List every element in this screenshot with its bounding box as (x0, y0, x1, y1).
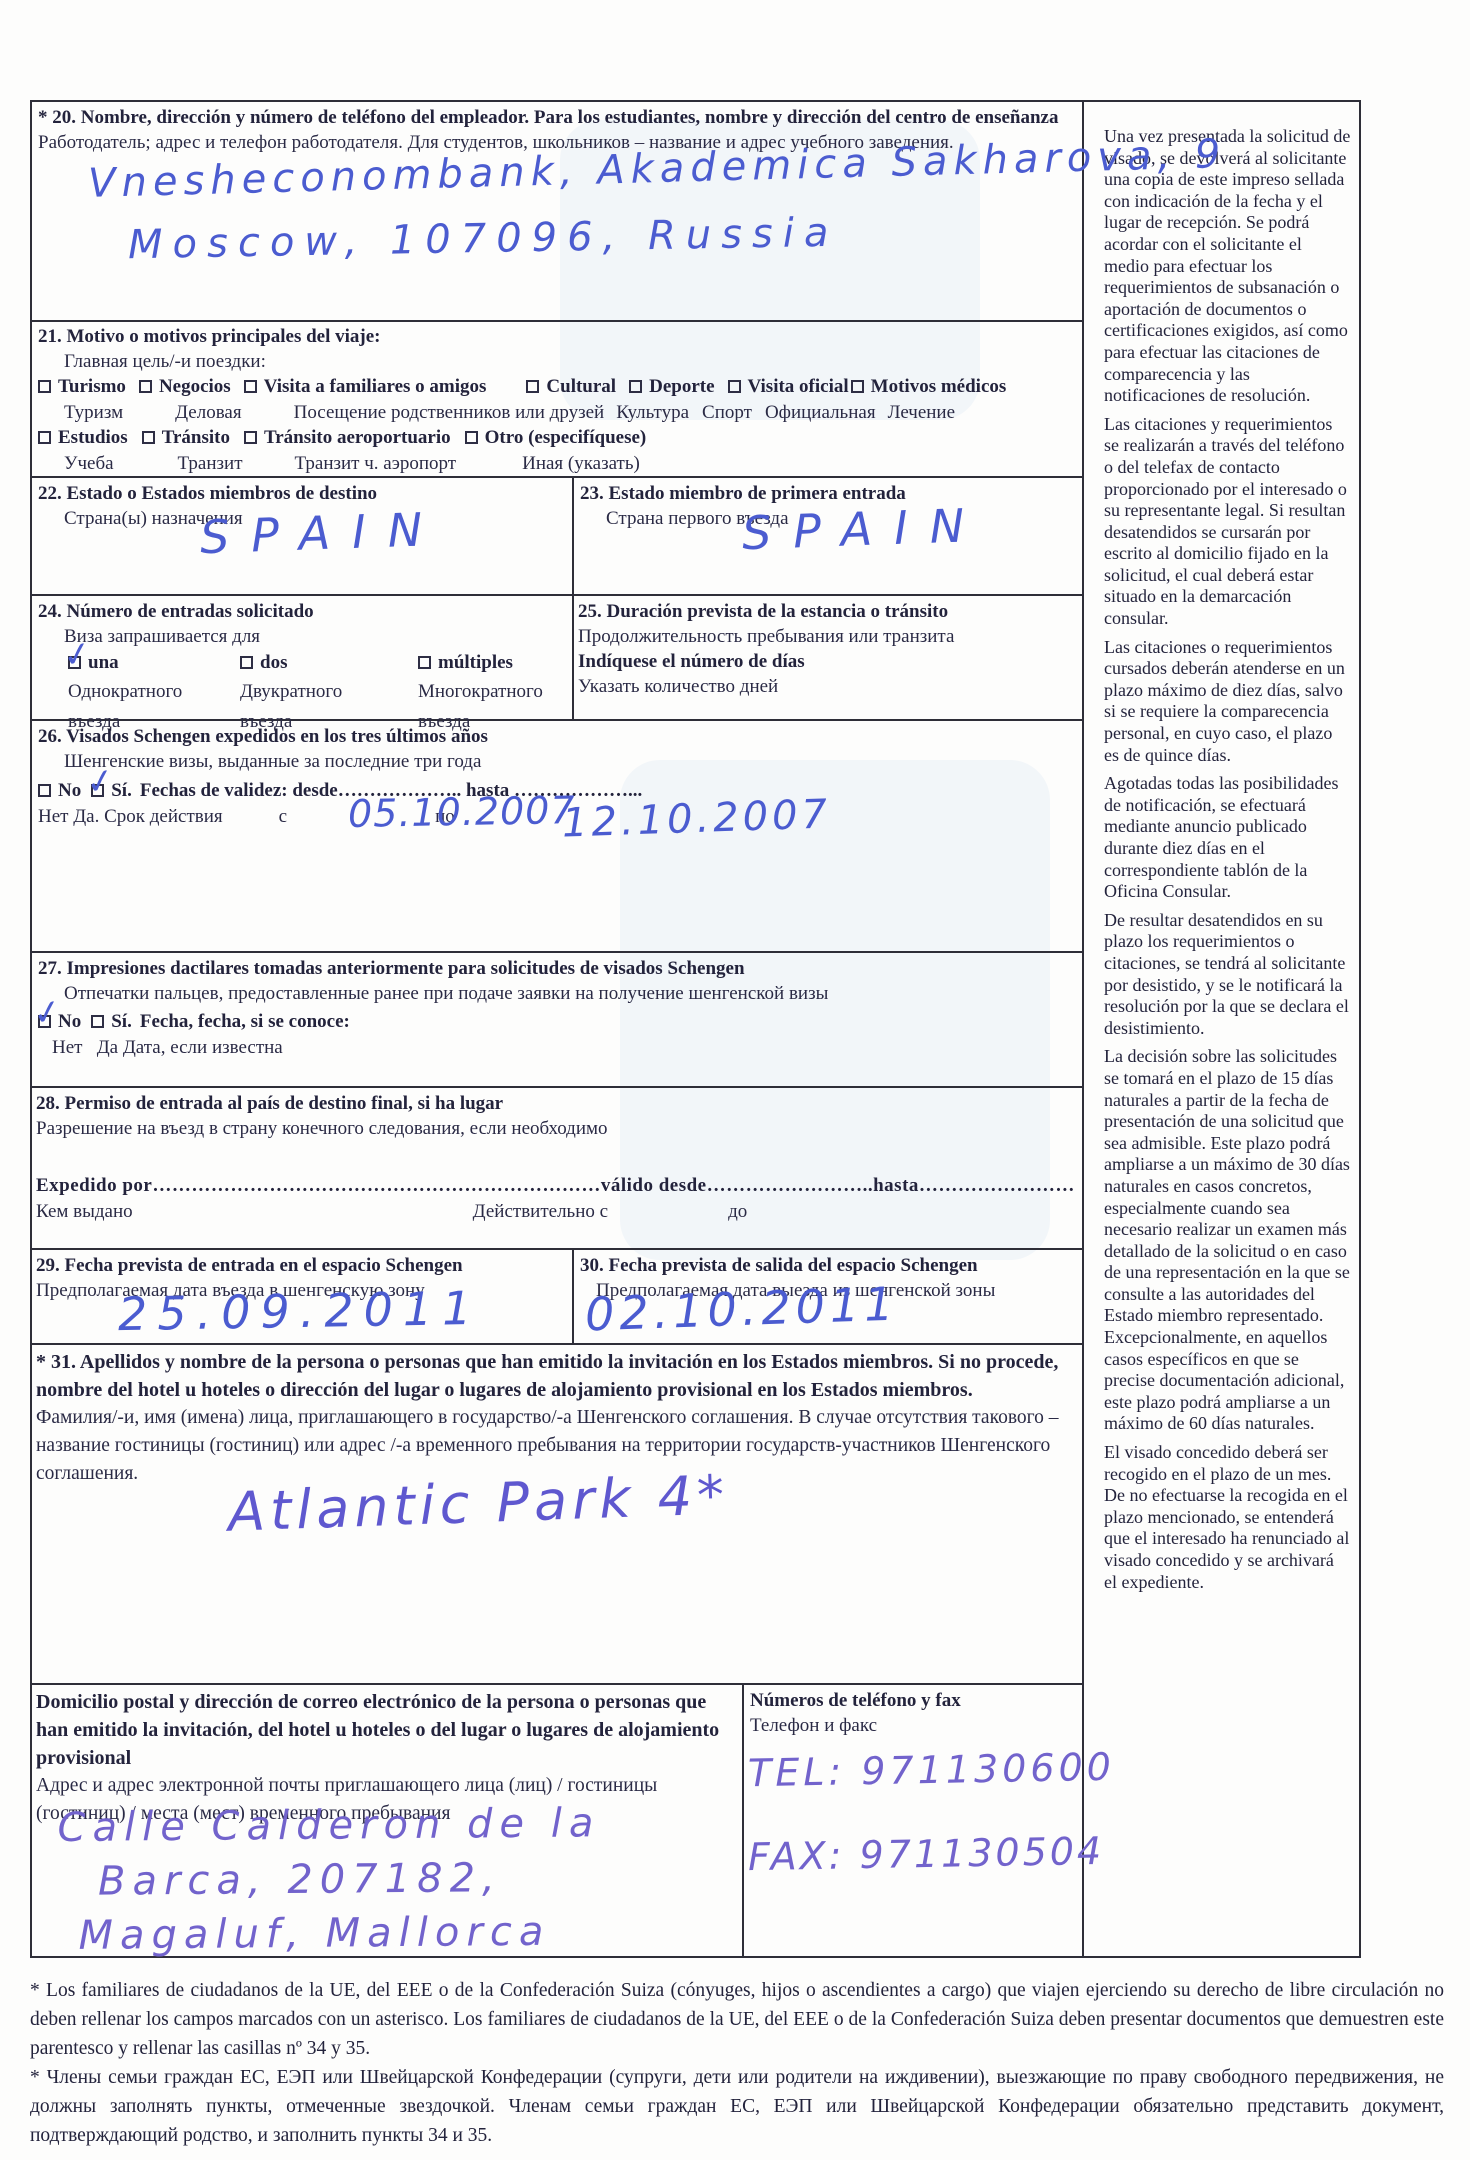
section-25-label2-es: Indíquese el número de días (578, 649, 1074, 674)
section-21-title-es: 21. Motivo o motivos principales del via… (38, 324, 1074, 349)
checkbox-icon (728, 380, 741, 393)
section-24-entries-requested: 24. Número de entradas solicitado Виза з… (32, 596, 572, 719)
option-label: Turismo (58, 376, 126, 397)
section-20-label-es: * 20. Nombre, dirección y número de telé… (38, 105, 1074, 130)
checkbox-checked-icon (68, 656, 81, 669)
checkbox-icon (244, 431, 257, 444)
checkbox-checked-icon (91, 784, 104, 797)
form-table: * 20. Nombre, dirección y número de telé… (30, 100, 1361, 1958)
option-label: Otro (especifíquese) (485, 427, 647, 448)
issued-by-line[interactable]: Expedido por……………………………………………………………válid… (36, 1173, 1074, 1199)
handwritten-first-entry[interactable]: SPAIN (741, 498, 987, 560)
option-label: Negocios (159, 376, 231, 397)
checkbox-motivos-medicos[interactable]: Motivos médicos (851, 374, 1007, 400)
option-label: Tránsito (162, 427, 230, 448)
checkbox-estudios[interactable]: Estudios (38, 425, 128, 451)
checkbox-deporte[interactable]: Deporte (629, 374, 714, 400)
ru-label: Посещение родственников или друзей (294, 400, 605, 425)
ru-label: Транзит (178, 451, 243, 476)
section-phone-fax[interactable]: Números de teléfono y fax Телефон и факс (742, 1685, 1082, 1956)
postal-address-label-es: Domicilio postal y dirección de correo e… (36, 1688, 726, 1772)
purpose-options-row1-ru: Туризм Деловая Посещение родственников и… (38, 400, 1074, 425)
handwritten-postal-address[interactable]: Calle Calderon de laBarca, 207182,Magalu… (57, 1795, 748, 1963)
handwritten-visa-date-to[interactable]: 12.10.2007 (561, 791, 831, 846)
ru-label: Деловая (175, 400, 242, 425)
ru-label: Транзит ч. аэропорт (295, 451, 457, 476)
section-25-label2-ru: Указать количество дней (578, 674, 1074, 699)
option-label: No (58, 780, 81, 801)
checkbox-icon (139, 380, 152, 393)
checkbox-no-visas[interactable]: No (38, 778, 81, 804)
ru-label-from: с (279, 804, 287, 829)
section-27-ru-line: Нет Да Дата, если известна (52, 1035, 1074, 1060)
section-27-label-ru: Отпечатки пальцев, предоставленные ранее… (64, 981, 1074, 1006)
option-label: Visita oficial (748, 376, 849, 397)
section-30-label-es: 30. Fecha prevista de salida del espacio… (580, 1253, 1074, 1278)
checkbox-cultural[interactable]: Cultural (526, 374, 616, 400)
sidebar-paragraph-3: Las citaciones o requerimientos cursados… (1104, 637, 1351, 767)
form-sidebar-notes: Una vez presentada la solicitud de visad… (1082, 102, 1359, 1956)
address-line: Magaluf, Mallorca (78, 1909, 550, 1959)
handwritten-telephone[interactable]: TEL: 971130600 (748, 1745, 1116, 1795)
checkbox-icon (38, 431, 51, 444)
checkbox-icon (91, 1015, 104, 1028)
visa-application-form-page: * 20. Nombre, dirección y número de telé… (0, 0, 1470, 2160)
option-label: Tránsito aeroportuario (264, 427, 451, 448)
sidebar-paragraph-2: Las citaciones y requerimientos se reali… (1104, 414, 1351, 630)
sidebar-paragraph-5: De resultar desatendidos en su plazo los… (1104, 910, 1351, 1040)
sidebar-paragraph-4: Agotadas todas las posibilidades de noti… (1104, 773, 1351, 903)
handwritten-entry-date[interactable]: 25.09.2011 (118, 1281, 482, 1341)
checkbox-icon (526, 380, 539, 393)
checkbox-icon (38, 784, 51, 797)
checkbox-icon (465, 431, 478, 444)
ru-label: Двукратного (240, 677, 418, 707)
ru-issued-by: Кем выдано (36, 1199, 133, 1224)
checkbox-visita-familiares[interactable]: Visita a familiares o amigos (244, 374, 487, 400)
ru-label: Иная (указать) (522, 451, 640, 476)
section-28-label-es: 28. Permiso de entrada al país de destin… (36, 1091, 1074, 1116)
ru-valid-to: до (728, 1199, 747, 1224)
checkbox-icon (244, 380, 257, 393)
checkbox-si-fingerprints[interactable]: Sí. (91, 1009, 132, 1035)
phone-fax-label-es: Números de teléfono y fax (750, 1688, 1074, 1713)
checkbox-icon (629, 380, 642, 393)
option-label: Visita a familiares o amigos (264, 376, 487, 397)
checkbox-otro[interactable]: Otro (especifíquese) (465, 425, 647, 451)
section-29-label-es: 29. Fecha prevista de entrada en el espa… (36, 1253, 564, 1278)
checkbox-icon (142, 431, 155, 444)
checkbox-turismo[interactable]: Turismo (38, 374, 126, 400)
section-24-label-ru: Виза запрашивается для (64, 624, 564, 649)
section-27-fingerprints: 27. Impresiones dactilares tomadas anter… (32, 953, 1082, 1088)
checkbox-transito-aeroportuario[interactable]: Tránsito aeroportuario (244, 425, 451, 451)
footnote: * Los familiares de ciudadanos de la UE,… (30, 1976, 1444, 2150)
form-main-column: * 20. Nombre, dirección y número de telé… (32, 102, 1082, 1956)
ru-label: Спорт (702, 400, 752, 425)
section-20-employer: * 20. Nombre, dirección y número de telé… (32, 102, 1082, 322)
section-31-label-es: * 31. Apellidos y nombre de la persona o… (36, 1348, 1074, 1404)
address-line: Calle Calderon de la (57, 1800, 600, 1851)
checkbox-negocios[interactable]: Negocios (139, 374, 231, 400)
section-21-travel-purpose: 21. Motivo o motivos principales del via… (32, 322, 1082, 478)
ru-valid-from: Действительно с (473, 1199, 608, 1224)
section-22-label-es: 22. Estado o Estados miembros de destino (38, 481, 564, 506)
checkbox-icon (851, 380, 864, 393)
footnote-ru: * Члены семьи граждан ЕС, ЕЭП или Швейца… (30, 2063, 1444, 2150)
section-28-label-ru: Разрешение на въезд в страну конечного с… (36, 1116, 1074, 1141)
checkbox-una[interactable]: una (68, 649, 240, 677)
option-label: Estudios (58, 427, 128, 448)
ru-label: Туризм (64, 400, 123, 425)
section-26-label-ru: Шенгенские визы, выданные за последние т… (64, 749, 1074, 774)
fingerprint-date-label: Fecha, fecha, si se conoce: (140, 1009, 350, 1035)
purpose-options-row2-ru: Учеба Транзит Транзит ч. аэропорт Иная (… (38, 451, 1074, 476)
ru-label: Культура (616, 400, 689, 425)
ru-label: Официальная (765, 400, 876, 425)
option-label: múltiples (438, 652, 513, 673)
footnote-es: * Los familiares de ciudadanos de la UE,… (30, 1976, 1444, 2063)
ru-label: Лечение (888, 400, 955, 425)
section-24-label-es: 24. Número de entradas solicitado (38, 599, 564, 624)
checkbox-dos[interactable]: dos (240, 649, 418, 677)
option-label: Motivos médicos (871, 376, 1007, 397)
option-label: dos (260, 652, 287, 673)
section-25-label-es: 25. Duración prevista de la estancia o t… (578, 599, 1074, 624)
section-28-ru-line: Кем выдано Действительно с до (36, 1199, 1074, 1224)
handwritten-visa-date-from[interactable]: 05.10.2007 (348, 788, 576, 836)
section-25-duration[interactable]: 25. Duración prevista de la estancia o t… (572, 596, 1082, 719)
section-25-label-ru: Продолжительность пребывания или транзит… (578, 624, 1074, 649)
section-28-entry-permit: 28. Permiso de entrada al país de destin… (32, 1088, 1082, 1250)
option-label: Deporte (649, 376, 714, 397)
checkbox-icon (240, 656, 253, 669)
checkbox-si-visas[interactable]: Sí. (91, 778, 132, 804)
ru-label: Нет Да. Срок действия (38, 804, 223, 829)
section-27-options: No Sí. Fecha, fecha, si se conoce: (38, 1009, 1074, 1035)
section-26-previous-visas: 26. Visados Schengen expedidos en los tr… (32, 721, 1082, 953)
sidebar-paragraph-7: El visado concedido deberá ser recogido … (1104, 1442, 1351, 1593)
section-24-25: 24. Número de entradas solicitado Виза з… (32, 596, 1082, 721)
purpose-options-row1: Turismo Negocios Visita a familiares o a… (38, 374, 1074, 400)
section-26-label-es: 26. Visados Schengen expedidos en los tr… (38, 724, 1074, 749)
checkbox-checked-icon (38, 1015, 51, 1028)
option-label: Sí. (111, 1011, 132, 1032)
checkbox-visita-oficial[interactable]: Visita oficial (728, 374, 849, 400)
section-27-label-es: 27. Impresiones dactilares tomadas anter… (38, 956, 1074, 981)
sidebar-paragraph-6: La decisión sobre las solicitudes se tom… (1104, 1046, 1351, 1435)
section-21-title-ru: Главная цель/-и поездки: (64, 349, 1074, 374)
checkbox-icon (418, 656, 431, 669)
address-line: Barca, 207182, (98, 1855, 502, 1905)
checkbox-no-fingerprints[interactable]: No (38, 1009, 81, 1035)
handwritten-destination[interactable]: SPAIN (199, 502, 445, 564)
checkbox-transito[interactable]: Tránsito (142, 425, 230, 451)
option-label: Cultural (546, 376, 616, 397)
handwritten-fax[interactable]: FAX: 971130504 (748, 1829, 1105, 1879)
phone-fax-label-ru: Телефон и факс (750, 1713, 1074, 1738)
ru-label: Однократного (68, 677, 240, 707)
ru-label: Учеба (64, 451, 114, 476)
purpose-options-row2: Estudios Tránsito Tránsito aeroportuario… (38, 425, 1074, 451)
checkbox-icon (38, 380, 51, 393)
handwritten-exit-date[interactable]: 02.10.2011 (584, 1277, 899, 1342)
